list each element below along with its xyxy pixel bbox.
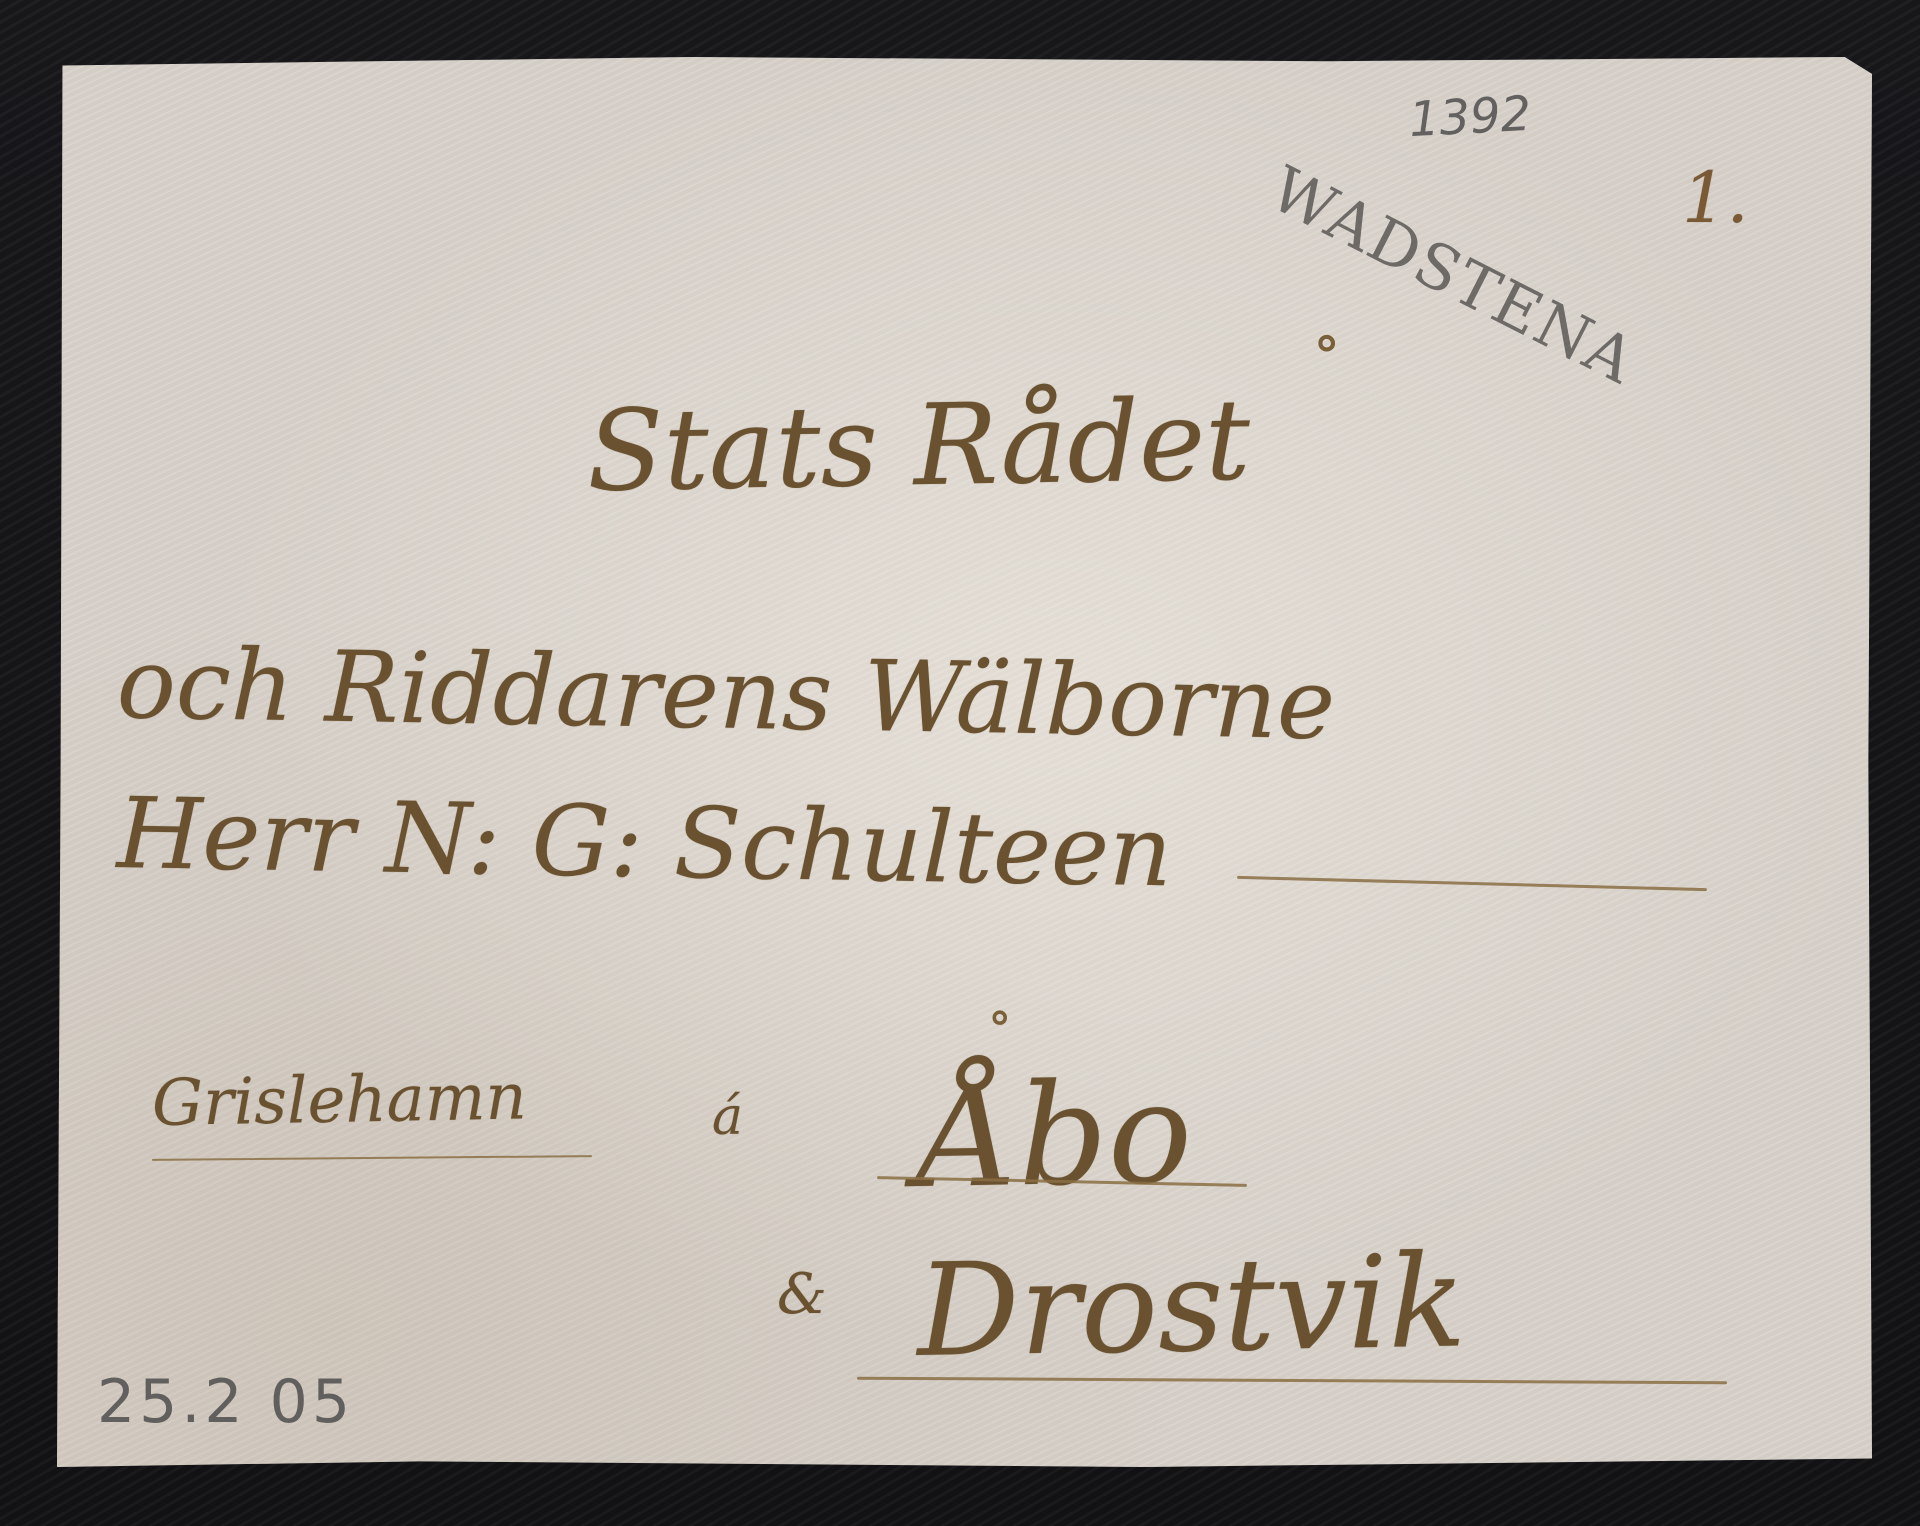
underline-line-3 xyxy=(1237,876,1707,891)
ring-flourish: ∘ xyxy=(1312,307,1341,377)
address-line-1: Stats Rådet xyxy=(586,375,1251,517)
destination-place: Åbo xyxy=(916,1052,1194,1220)
envelope: 1392 WADSTENA 1. ∘ Stats Rådet och Ridda… xyxy=(57,57,1872,1467)
rate-mark: 1. xyxy=(1682,157,1749,239)
via-word: á xyxy=(712,1087,743,1147)
conjunction: & xyxy=(777,1262,827,1327)
catalog-number: 1392 xyxy=(1408,86,1533,148)
origin-place: Grislehamn xyxy=(151,1060,527,1141)
address-line-2: och Riddarens Wälborne xyxy=(116,627,1336,762)
pencil-date: 25.2 05 xyxy=(97,1367,354,1437)
ring-above-abo: ∘ xyxy=(987,987,1013,1047)
destination-place-2: Drostvik xyxy=(916,1227,1467,1386)
underline-origin xyxy=(152,1155,592,1161)
address-line-3: Herr N: G: Schulteen xyxy=(116,777,1173,909)
